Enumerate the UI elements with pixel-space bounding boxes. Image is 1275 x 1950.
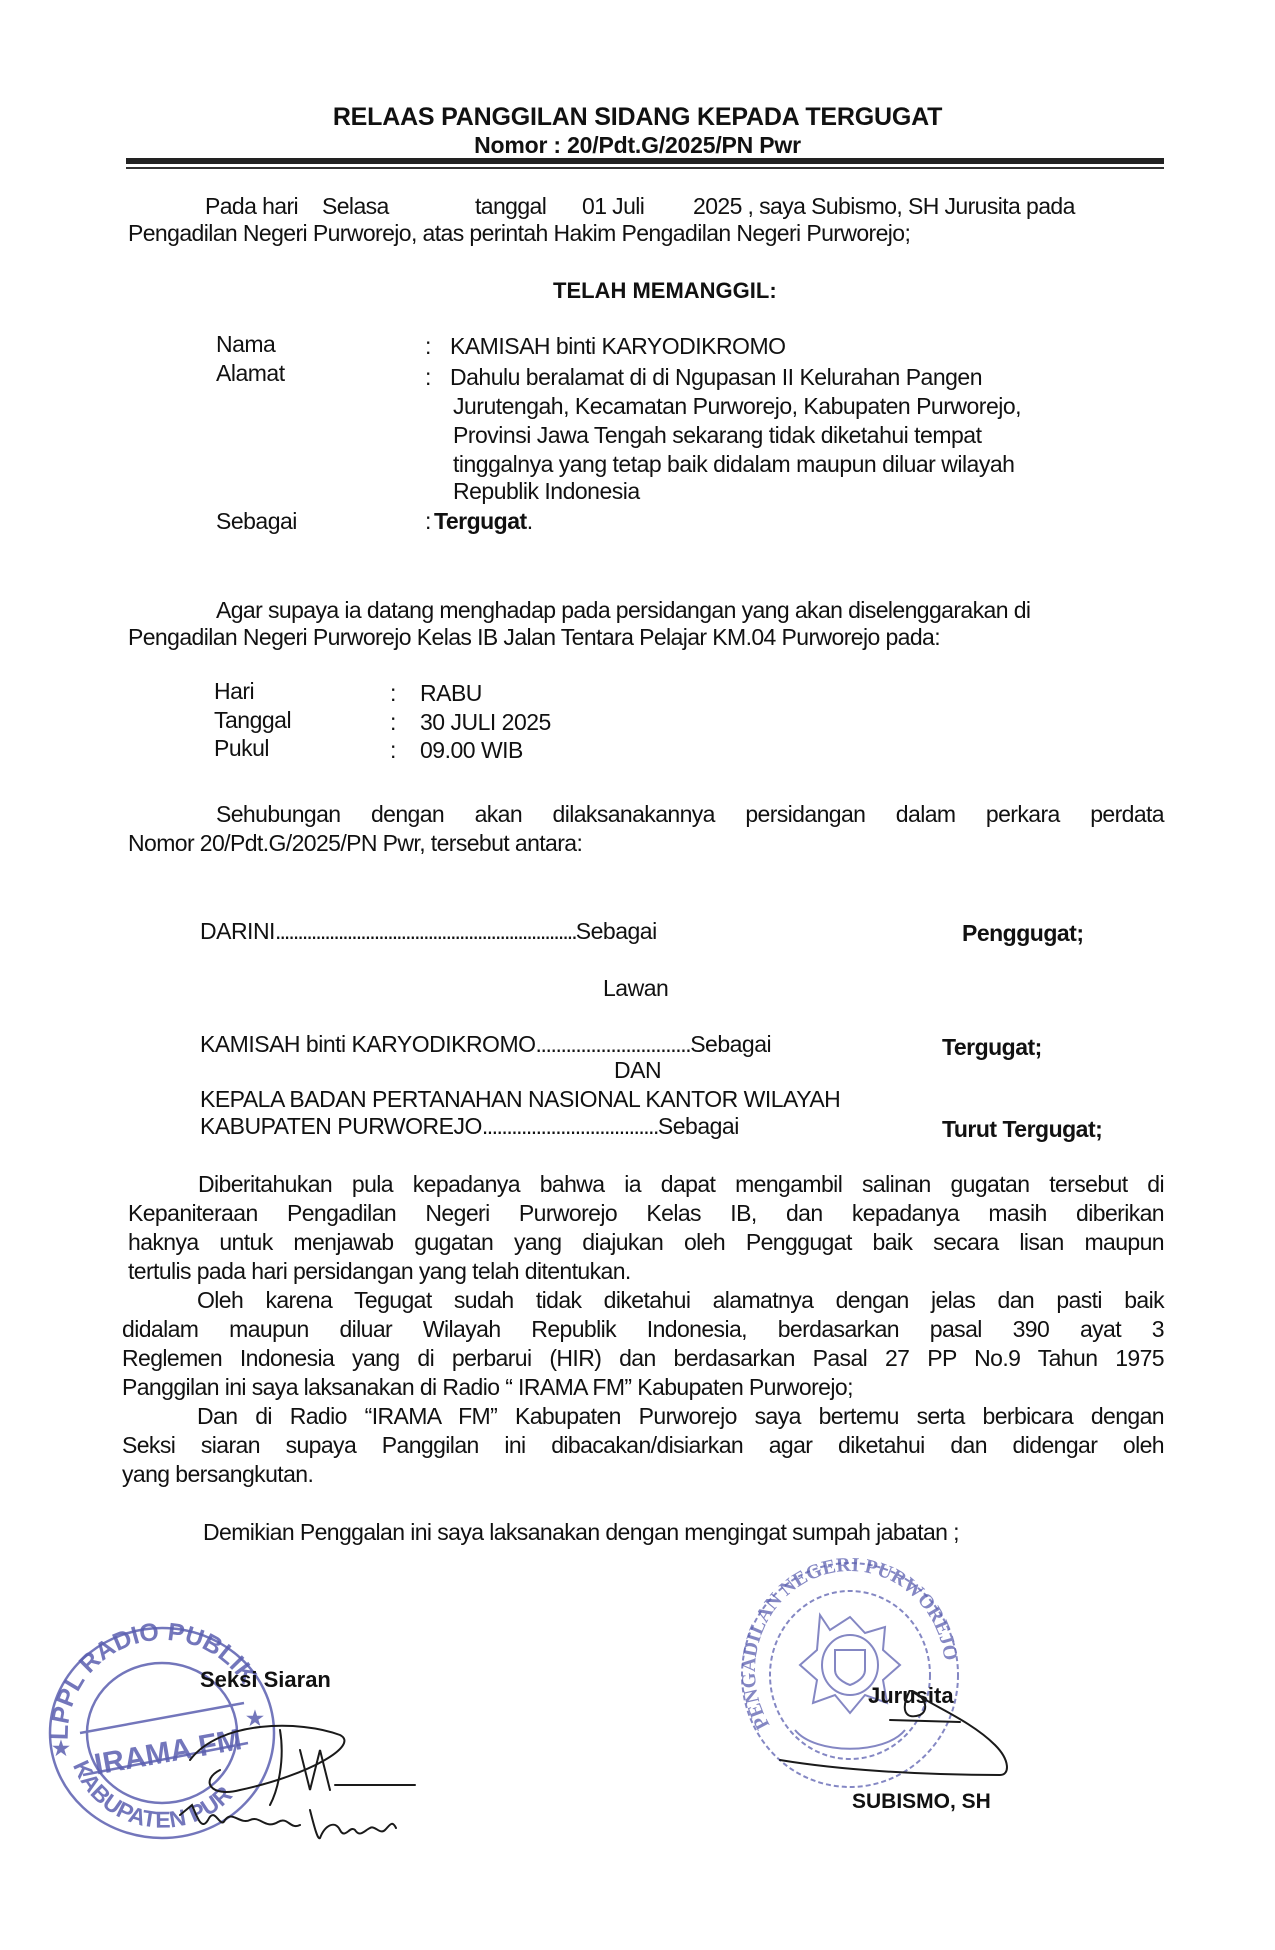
colon: :	[390, 708, 396, 737]
paragraph-line: Panggilan ini saya laksanakan di Radio “…	[122, 1373, 1164, 1402]
penggugat-name: DARINI	[200, 918, 275, 944]
agar-line-2: Pengadilan Negeri Purworejo Kelas IB Jal…	[128, 623, 940, 652]
document-number: Nomor : 20/Pdt.G/2025/PN Pwr	[0, 132, 1275, 159]
oleh-karena-paragraph: Oleh karena Tegugat sudah tidak diketahu…	[122, 1286, 1164, 1402]
turut-tergugat-name-line-2: KABUPATEN PURWOREJO	[200, 1113, 482, 1139]
header-rule-thin	[126, 167, 1164, 169]
sebagai-value: Tergugat.	[434, 507, 533, 536]
paragraph-line: haknya untuk menjawab gugatan yang diaju…	[128, 1228, 1164, 1257]
leader-dots: ........................................…	[275, 918, 576, 944]
jurusita-signature	[760, 1690, 1020, 1800]
dan-di-radio-paragraph: Dan di Radio “IRAMA FM” Kabupaten Purwor…	[122, 1402, 1164, 1489]
leader-dots: ....................................	[482, 1113, 658, 1139]
star-icon: ★	[52, 1738, 70, 1760]
seksi-siaran-signature	[160, 1680, 430, 1860]
paragraph-line: Reglemen Indonesia yang di perbarui (HIR…	[122, 1344, 1164, 1373]
schedule-label-pukul: Pukul	[214, 734, 269, 763]
paragraph-line: tertulis pada hari persidangan yang tela…	[128, 1257, 1164, 1286]
intro-pada-hari: Pada hari	[205, 192, 298, 221]
alamat-line-5: Republik Indonesia	[453, 477, 640, 506]
sehubungan-line-2: Nomor 20/Pdt.G/2025/PN Pwr, tersebut ant…	[128, 829, 1164, 858]
diberitahukan-paragraph: Diberitahukan pula kepadanya bahwa ia da…	[128, 1170, 1164, 1286]
document-page: RELAAS PANGGILAN SIDANG KEPADA TERGUGAT …	[0, 0, 1275, 1950]
alamat-label: Alamat	[216, 359, 285, 388]
intro-tanggal: tanggal	[475, 192, 546, 221]
paragraph-line: Diberitahukan pula kepadanya bahwa ia da…	[128, 1170, 1164, 1199]
sebagai-text: Sebagai	[690, 1031, 771, 1057]
paragraph-line: Dan di Radio “IRAMA FM” Kabupaten Purwor…	[122, 1402, 1164, 1431]
tergugat-role: Tergugat;	[942, 1033, 1042, 1062]
paragraph-line: Kepaniteraan Pengadilan Negeri Purworejo…	[128, 1199, 1164, 1228]
schedule-label-tanggal: Tanggal	[214, 706, 291, 735]
intro-line2: Pengadilan Negeri Purworejo, atas perint…	[128, 219, 910, 248]
sehubungan-line-1: Sehubungan dengan akan dilaksanakannya p…	[128, 800, 1164, 829]
jurusita-name: SUBISMO, SH	[852, 1790, 991, 1814]
paragraph-line: Seksi siaran supaya Panggilan ini dibaca…	[122, 1431, 1164, 1460]
schedule-label-hari: Hari	[214, 677, 254, 706]
alamat-line-2: Jurutengah, Kecamatan Purworejo, Kabupat…	[453, 392, 1021, 421]
turut-tergugat-role: Turut Tergugat;	[942, 1115, 1102, 1144]
nama-label: Nama	[216, 330, 275, 359]
sebagai-text: Sebagai	[576, 918, 657, 944]
sebagai-label: Sebagai	[216, 507, 297, 536]
alamat-line-3: Provinsi Jawa Tengah sekarang tidak dike…	[453, 421, 981, 450]
paragraph-line: Oleh karena Tegugat sudah tidak diketahu…	[122, 1286, 1164, 1315]
colon: :	[425, 332, 431, 361]
dan-text: DAN	[614, 1056, 661, 1085]
agar-line-1: Agar supaya ia datang menghadap pada per…	[216, 596, 1030, 625]
schedule-value-hari: RABU	[420, 679, 482, 708]
colon: :	[390, 679, 396, 708]
tergugat-line: KAMISAH binti KARYODIKROMO..............…	[200, 1030, 771, 1059]
tergugat-name: KAMISAH binti KARYODIKROMO	[200, 1031, 536, 1057]
schedule-value-tanggal: 30 JULI 2025	[420, 708, 551, 737]
nama-value: KAMISAH binti KARYODIKROMO	[450, 332, 786, 361]
turut-tergugat-name-line-1: KEPALA BADAN PERTANAHAN NASIONAL KANTOR …	[200, 1085, 840, 1114]
paragraph-line: didalam maupun diluar Wilayah Republik I…	[122, 1315, 1164, 1344]
colon: :	[425, 363, 431, 392]
colon: :	[425, 507, 431, 536]
document-title: RELAAS PANGGILAN SIDANG KEPADA TERGUGAT	[0, 103, 1275, 132]
turut-tergugat-line: KABUPATEN PURWOREJO.....................…	[200, 1112, 739, 1141]
penggugat-role: Penggugat;	[962, 919, 1084, 948]
alamat-line-4: tinggalnya yang tetap baik didalam maupu…	[453, 450, 1014, 479]
paragraph-line: yang bersangkutan.	[122, 1460, 1164, 1489]
sebagai-text: Sebagai	[658, 1113, 739, 1139]
penggugat-line: DARINI..................................…	[200, 917, 657, 946]
sebagai-role: Tergugat	[434, 508, 527, 534]
leader-dots: ...............................	[536, 1031, 691, 1057]
alamat-line-1: Dahulu beralamat di di Ngupasan II Kelur…	[450, 363, 982, 392]
telah-memanggil-heading: TELAH MEMANGGIL:	[553, 276, 777, 305]
lawan-text: Lawan	[603, 974, 668, 1003]
demikian-line: Demikian Penggalan ini saya laksanakan d…	[203, 1518, 959, 1547]
colon: :	[390, 736, 396, 765]
intro-day: Selasa	[322, 192, 389, 221]
schedule-value-pukul: 09.00 WIB	[420, 736, 523, 765]
intro-year-officer: 2025 , saya Subismo, SH Jurusita pada	[693, 192, 1075, 221]
sehubungan-paragraph: Sehubungan dengan akan dilaksanakannya p…	[128, 800, 1164, 858]
intro-date: 01 Juli	[582, 192, 644, 221]
header-rule-thick	[126, 158, 1164, 164]
